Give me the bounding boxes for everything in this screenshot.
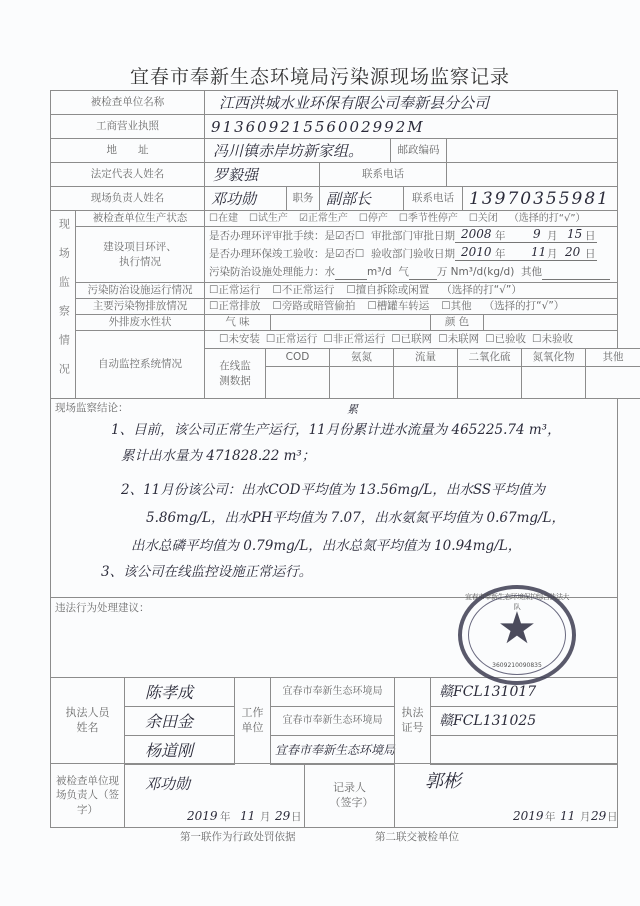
auto-monitor-options: ☐未安装☐正常运行☐非正常运行☐已联网☐未联网☐已验收☐未验收 <box>204 330 618 349</box>
facility-status-checkboxes[interactable]: ☐正常运行☐不正常运行☐擅自拆除或闲置 <box>209 283 441 297</box>
checkbox-option[interactable]: ☐旁路或暗管偷拍 <box>272 300 355 312</box>
inspected-signature: 邓功勋 <box>145 774 190 794</box>
officer-unit-cell[interactable]: 宜春市奉新生态环境局 <box>270 706 395 736</box>
unit-name-field[interactable]: 江西洪城水业环保有限公司奉新县分公司 <box>204 90 618 115</box>
unit-label: 工作单位 <box>234 677 271 764</box>
onsite-phone-field[interactable]: 13970355981 <box>462 186 618 211</box>
officer-name-cell[interactable]: 余田金 <box>124 706 235 736</box>
officers-label: 执法人员姓名 <box>50 677 125 764</box>
position-field[interactable]: 副部长 <box>319 186 404 211</box>
discharge-status-hint: （选择的打“√”） <box>484 299 565 313</box>
conclusion-section: 现场监察结论： 1、目前，该公司正常生产运行，11月份累计进水流量为 46522… <box>50 398 618 598</box>
cert-label: 执法证号 <box>394 677 431 764</box>
checkbox-option[interactable]: ☐正常运行 <box>209 284 260 296</box>
eia-approval-no-checkbox[interactable]: ☐ <box>355 230 364 242</box>
checkbox-option[interactable]: ☐在建 <box>209 213 238 224</box>
color-label: 颜 色 <box>430 314 484 331</box>
eia-approval-line: 是否办理环评审批手续：是☑否☐ 审批部门审批日期 2008年 9月 15日 <box>209 229 597 243</box>
checkbox-option[interactable]: ☐其他 <box>441 300 471 312</box>
conclusion-line: 5.86mg/L，出水PH平均值为 7.07，出水氨氮平均值为 0.67mg/L… <box>146 509 565 527</box>
checkbox-option[interactable]: ☐擅自拆除或闲置 <box>346 284 429 296</box>
checkbox-option[interactable]: ☐正常排放 <box>209 300 260 312</box>
monitor-value-cell[interactable] <box>265 366 330 399</box>
odor-label: 气 味 <box>204 314 271 331</box>
address-value: 冯川镇赤岸坊新家组。 <box>213 141 363 161</box>
recorder-signature-field[interactable]: 郭彬 2019 年 11 月 29 日 <box>394 763 618 828</box>
auto-monitor-checkboxes[interactable]: ☐未安装☐正常运行☐非正常运行☐已联网☐未联网☐已验收☐未验收 <box>209 332 579 346</box>
monitor-column-header: 其他 <box>585 348 640 367</box>
checkbox-option[interactable]: ☐停产 <box>359 213 388 224</box>
eia-approval-yes-checkbox[interactable]: ☑ <box>335 230 344 242</box>
checkbox-option[interactable]: ☐未验收 <box>532 333 573 345</box>
conclusion-line: 3、该公司在线监控设施正常运行。 <box>101 563 312 581</box>
water-capacity-field[interactable] <box>335 265 367 280</box>
onsite-person-value: 邓功勋 <box>211 189 256 209</box>
checkbox-option[interactable]: ☐季节性停产 <box>399 213 458 224</box>
wastewater-label: 外排废水性状 <box>75 314 205 331</box>
unit-name-label: 被检查单位名称 <box>50 90 205 115</box>
officer-unit-cell[interactable]: 宜春市奉新生态环境局 <box>270 677 395 707</box>
address-field[interactable]: 冯川镇赤岸坊新家组。 <box>204 138 391 163</box>
gas-capacity-field[interactable] <box>409 265 437 280</box>
checkbox-option[interactable]: ☐非正常运行 <box>323 333 385 345</box>
online-data-label: 在线监测数据 <box>204 348 266 399</box>
checkbox-option[interactable]: ☐未安装 <box>219 333 260 345</box>
inspected-signature-field[interactable]: 邓功勋 2019 年 11 月 29 日 <box>124 763 305 828</box>
footer-copy1: 第一联作为行政处罚依据 <box>180 829 296 844</box>
checkbox-option[interactable]: ☐已联网 <box>391 333 432 345</box>
conclusion-line: 出水总磷平均值为 0.79mg/L，出水总氮平均值为 10.94mg/L， <box>131 537 521 555</box>
officer-unit-cell[interactable]: 宜春市奉新生态环境局 <box>270 735 395 765</box>
monitor-value-cell[interactable] <box>585 366 640 399</box>
conclusion-line: 1、目前，该公司正常生产运行，11月份累计进水流量为 465225.74 m³， <box>111 421 561 439</box>
facility-status-options: ☐正常运行☐不正常运行☐擅自拆除或闲置 （选择的打“√”） <box>204 282 618 299</box>
legal-rep-phone-field[interactable] <box>446 162 618 187</box>
license-label: 工商营业执照 <box>50 114 205 139</box>
checkbox-option[interactable]: ☐关闭 <box>469 213 498 224</box>
checkbox-option[interactable]: ☐不正常运行 <box>272 284 334 296</box>
capacity-line: 污染防治设施处理能力：水 m³/d 气 万 Nm³/d(kg/d) 其他 <box>209 265 610 280</box>
production-status-label: 被检查单位生产状态 <box>75 210 205 227</box>
monitor-column-header: 二氧化硫 <box>457 348 522 367</box>
onsite-person-label: 现场负责人姓名 <box>50 186 205 211</box>
eia-approval-date[interactable]: 2008年 9月 15日 <box>455 229 597 243</box>
eia-acceptance-date[interactable]: 2010年 11月 20日 <box>455 247 597 261</box>
onsite-phone-value: 13970355981 <box>469 188 610 211</box>
production-status-hint: （选择的打“√”） <box>509 212 586 226</box>
conclusion-label: 现场监察结论： <box>55 401 129 415</box>
discharge-status-options: ☐正常排放☐旁路或暗管偷拍☐槽罐车转运☐其他 （选择的打“√”） <box>204 298 618 315</box>
address-label: 地 址 <box>50 138 205 163</box>
official-seal: 宜春市奉新生态环境保护综合执法大队 ★ 3609210090835 <box>458 585 576 685</box>
legal-rep-field[interactable]: 罗毅强 <box>204 162 320 187</box>
auto-monitor-label: 自动监控系统情况 <box>75 330 205 399</box>
insert-mark: 累 <box>347 403 358 418</box>
eia-acceptance-no-checkbox[interactable]: ☐ <box>355 248 364 260</box>
color-field[interactable] <box>483 314 618 331</box>
violation-label: 违法行为处理建议： <box>55 601 150 615</box>
recorder-label: 记录人（签字） <box>304 763 395 828</box>
inspected-signature-label: 被检查单位现场负责人（签字） <box>50 763 125 828</box>
monitor-column-header: 氨氮 <box>329 348 394 367</box>
odor-field[interactable] <box>270 314 431 331</box>
legal-rep-value: 罗毅强 <box>213 165 258 185</box>
checkbox-option[interactable]: ☐已验收 <box>485 333 526 345</box>
onsite-phone-label: 联系电话 <box>403 186 463 211</box>
monitor-value-cell[interactable] <box>329 366 394 399</box>
eia-details: 是否办理环评审批手续：是☑否☐ 审批部门审批日期 2008年 9月 15日 是否… <box>204 226 618 283</box>
unit-name-value: 江西洪城水业环保有限公司奉新县分公司 <box>219 93 489 113</box>
legal-rep-label: 法定代表人姓名 <box>50 162 205 187</box>
recorder-signature: 郭彬 <box>425 770 461 794</box>
monitor-column-header: 流量 <box>393 348 458 367</box>
monitor-value-cell[interactable] <box>393 366 458 399</box>
license-field[interactable]: 91360921556002992M <box>204 114 618 139</box>
footer-copy2: 第二联交被检单位 <box>375 829 459 844</box>
production-status-options: ☐在建☐试生产☑正常生产☐停产☐季节性停产☐关闭 （选择的打“√”） <box>204 210 618 227</box>
position-value: 副部长 <box>326 189 371 209</box>
monitor-value-cell[interactable] <box>457 366 522 399</box>
discharge-status-checkboxes[interactable]: ☐正常排放☐旁路或暗管偷拍☐槽罐车转运☐其他 <box>209 299 484 313</box>
onsite-person-field[interactable]: 邓功勋 <box>204 186 287 211</box>
checkbox-option[interactable]: ☑正常生产 <box>299 213 348 224</box>
production-status-checkboxes[interactable]: ☐在建☐试生产☑正常生产☐停产☐季节性停产☐关闭 <box>209 212 509 226</box>
monitor-column-header: COD <box>265 348 330 367</box>
monitor-value-cell[interactable] <box>521 366 586 399</box>
position-label: 职务 <box>286 186 320 211</box>
eia-label: 建设项目环评、执行情况 <box>75 226 205 283</box>
postcode-field[interactable] <box>446 138 618 163</box>
checkbox-option[interactable]: ☐正常运行 <box>266 333 317 345</box>
discharge-status-label: 主要污染物排放情况 <box>75 298 205 315</box>
postcode-label: 邮政编码 <box>390 138 447 163</box>
inspection-form: 被检查单位名称 江西洪城水业环保有限公司奉新县分公司 工商营业执照 913609… <box>50 90 618 828</box>
conclusion-line: 累计出水量为 471828.22 m³； <box>121 447 315 465</box>
checkbox-option[interactable]: ☐未联网 <box>438 333 479 345</box>
eia-acceptance-line: 是否办理环保竣工验收：是☑否☐ 验收部门验收日期 2010年 11月 20日 <box>209 247 597 261</box>
officer-name-cell[interactable]: 陈孝成 <box>124 677 235 707</box>
star-icon: ★ <box>462 607 572 651</box>
section-side-label: 现场监察情况 <box>50 210 76 399</box>
license-value: 91360921556002992M <box>211 117 425 137</box>
checkbox-option[interactable]: ☐试生产 <box>249 213 288 224</box>
officer-cert-cell[interactable] <box>430 735 618 765</box>
facility-status-label: 污染防治设施运行情况 <box>75 282 205 299</box>
other-capacity-field[interactable] <box>542 265 610 280</box>
eia-acceptance-yes-checkbox[interactable]: ☑ <box>335 248 344 260</box>
checkbox-option[interactable]: ☐槽罐车转运 <box>367 300 429 312</box>
officer-cert-cell[interactable]: 赣FCL131025 <box>430 706 618 736</box>
officer-name-cell[interactable]: 杨道刚 <box>124 735 235 765</box>
conclusion-line: 2、11月份该公司：出水COD平均值为 13.56mg/L，出水SS平均值为 <box>121 481 545 499</box>
document-title: 宜春市奉新生态环境局污染源现场监察记录 <box>0 62 640 89</box>
monitor-column-header: 氮氧化物 <box>521 348 586 367</box>
legal-rep-phone-label: 联系电话 <box>319 162 447 187</box>
facility-status-hint: （选择的打“√”） <box>441 283 522 297</box>
